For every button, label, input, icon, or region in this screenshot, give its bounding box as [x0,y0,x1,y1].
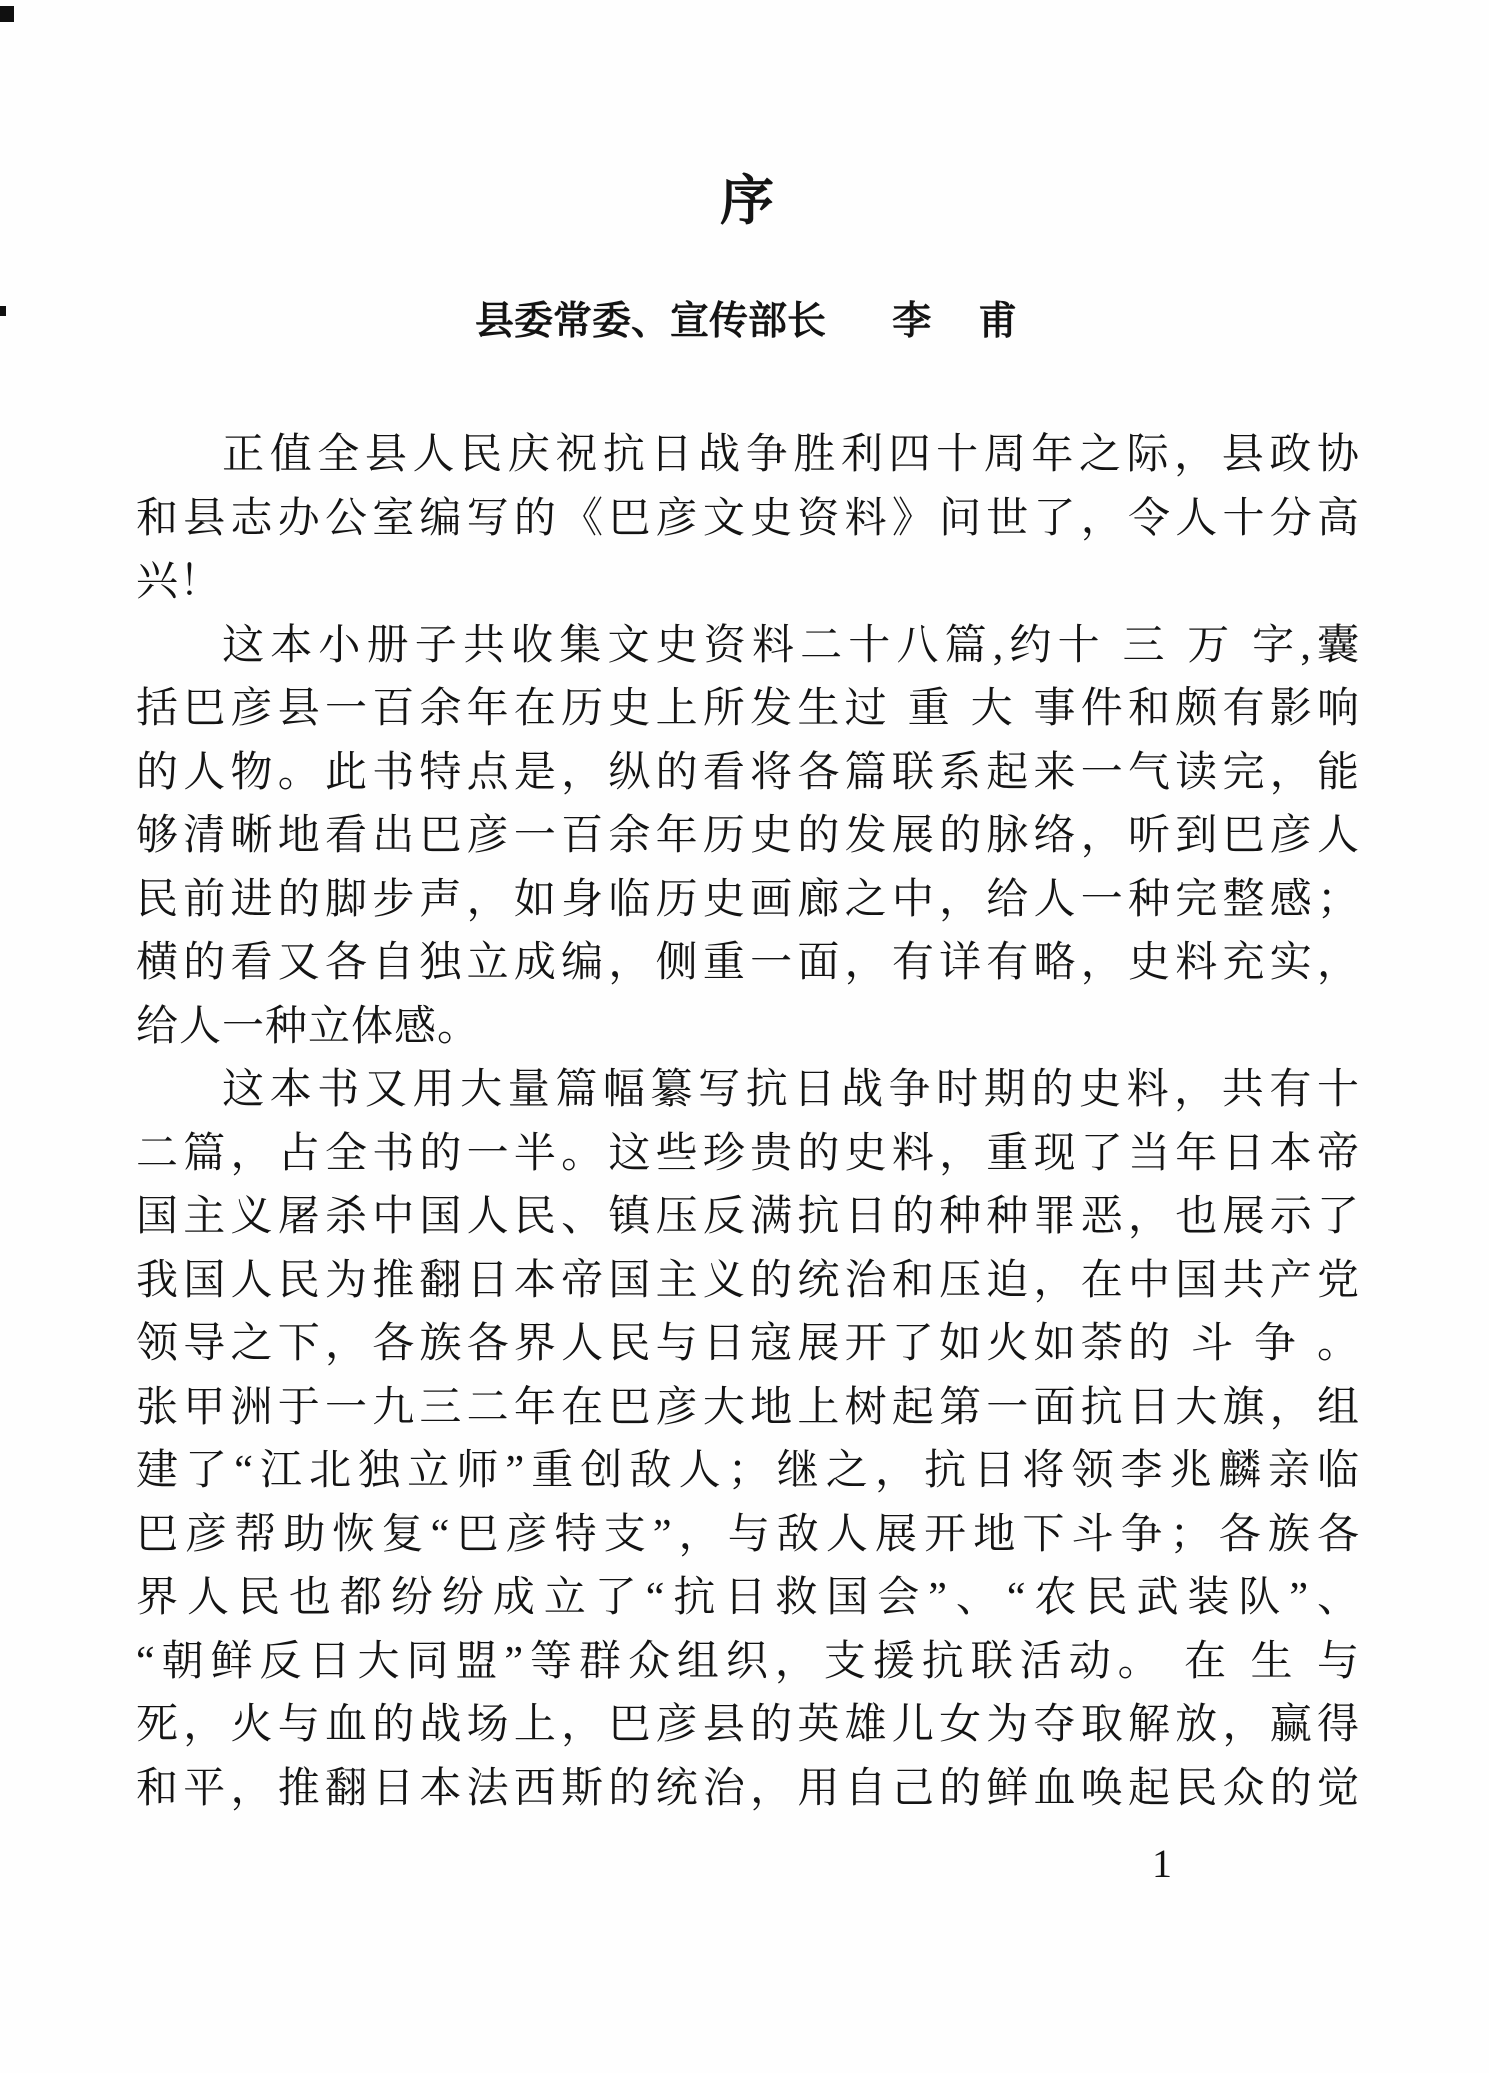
body-line: “朝鲜反日大同盟”等群众组织，支援抗联活动。 在 生 与 [136,1631,1360,1695]
page-number: 1 [1152,1840,1173,1887]
body-line: 二篇，占全书的一半。这些珍贵的史料，重现了当年日本帝 [136,1123,1360,1187]
byline-role: 县委常委、宣传部长 [475,300,826,343]
page-title: 序 [136,170,1360,232]
scan-artifact [0,6,14,22]
body-line: 横的看又各自独立成编，侧重一面，有详有略，史料充实， [136,932,1360,996]
body-line: 国主义屠杀中国人民、镇压反满抗日的种种罪恶，也展示了 [136,1186,1360,1250]
body-line: 民前进的脚步声，如身临历史画廊之中，给人一种完整感； [136,869,1360,933]
body-line: 这本书又用大量篇幅纂写抗日战争时期的史料，共有十 [136,1059,1360,1123]
body-line: 建了“江北独立师”重创敌人；继之，抗日将领李兆麟亲临 [136,1440,1360,1504]
body-line: 张甲洲于一九三二年在巴彦大地上树起第一面抗日大旗，组 [136,1377,1360,1441]
body-line: 括巴彦县一百余年在历史上所发生过 重 大 事件和颇有影响 [136,678,1360,742]
body-line: 和平，推翻日本法西斯的统治，用自己的鲜血唤起民众的觉 [136,1758,1360,1822]
body-line: 巴彦帮助恢复“巴彦特支”，与敌人展开地下斗争；各族各 [136,1504,1360,1568]
body-line: 死，火与血的战场上，巴彦县的英雄儿女为夺取解放，赢得 [136,1694,1360,1758]
body-line: 界人民也都纷纷成立了“抗日救国会”、“农民武装队”、 [136,1567,1360,1631]
byline-author: 李 甫 [892,300,1021,343]
body-line: 这本小册子共收集文史资料二十八篇,约十 三 万 字,囊 [136,615,1360,679]
body-line: 兴！ [136,551,1360,615]
body-text: 正值全县人民庆祝抗日战争胜利四十周年之际，县政协 和县志办公室编写的《巴彦文史资… [136,424,1360,1821]
body-line: 的人物。此书特点是，纵的看将各篇联系起来一气读完，能 [136,742,1360,806]
body-line: 够清晰地看出巴彦一百余年历史的发展的脉络，听到巴彦人 [136,805,1360,869]
scan-artifact [0,306,6,316]
body-line: 领导之下，各族各界人民与日寇展开了如火如荼的 斗 争 。 [136,1313,1360,1377]
body-line: 我国人民为推翻日本帝国主义的统治和压迫，在中国共产党 [136,1250,1360,1314]
scanned-book-page: 序 县委常委、宣传部长李 甫 正值全县人民庆祝抗日战争胜利四十周年之际，县政协 … [0,0,1489,2073]
body-line: 和县志办公室编写的《巴彦文史资料》问世了，令人十分高 [136,488,1360,552]
body-line: 给人一种立体感。 [136,996,1360,1060]
body-line: 正值全县人民庆祝抗日战争胜利四十周年之际，县政协 [136,424,1360,488]
byline: 县委常委、宣传部长李 甫 [136,296,1360,348]
